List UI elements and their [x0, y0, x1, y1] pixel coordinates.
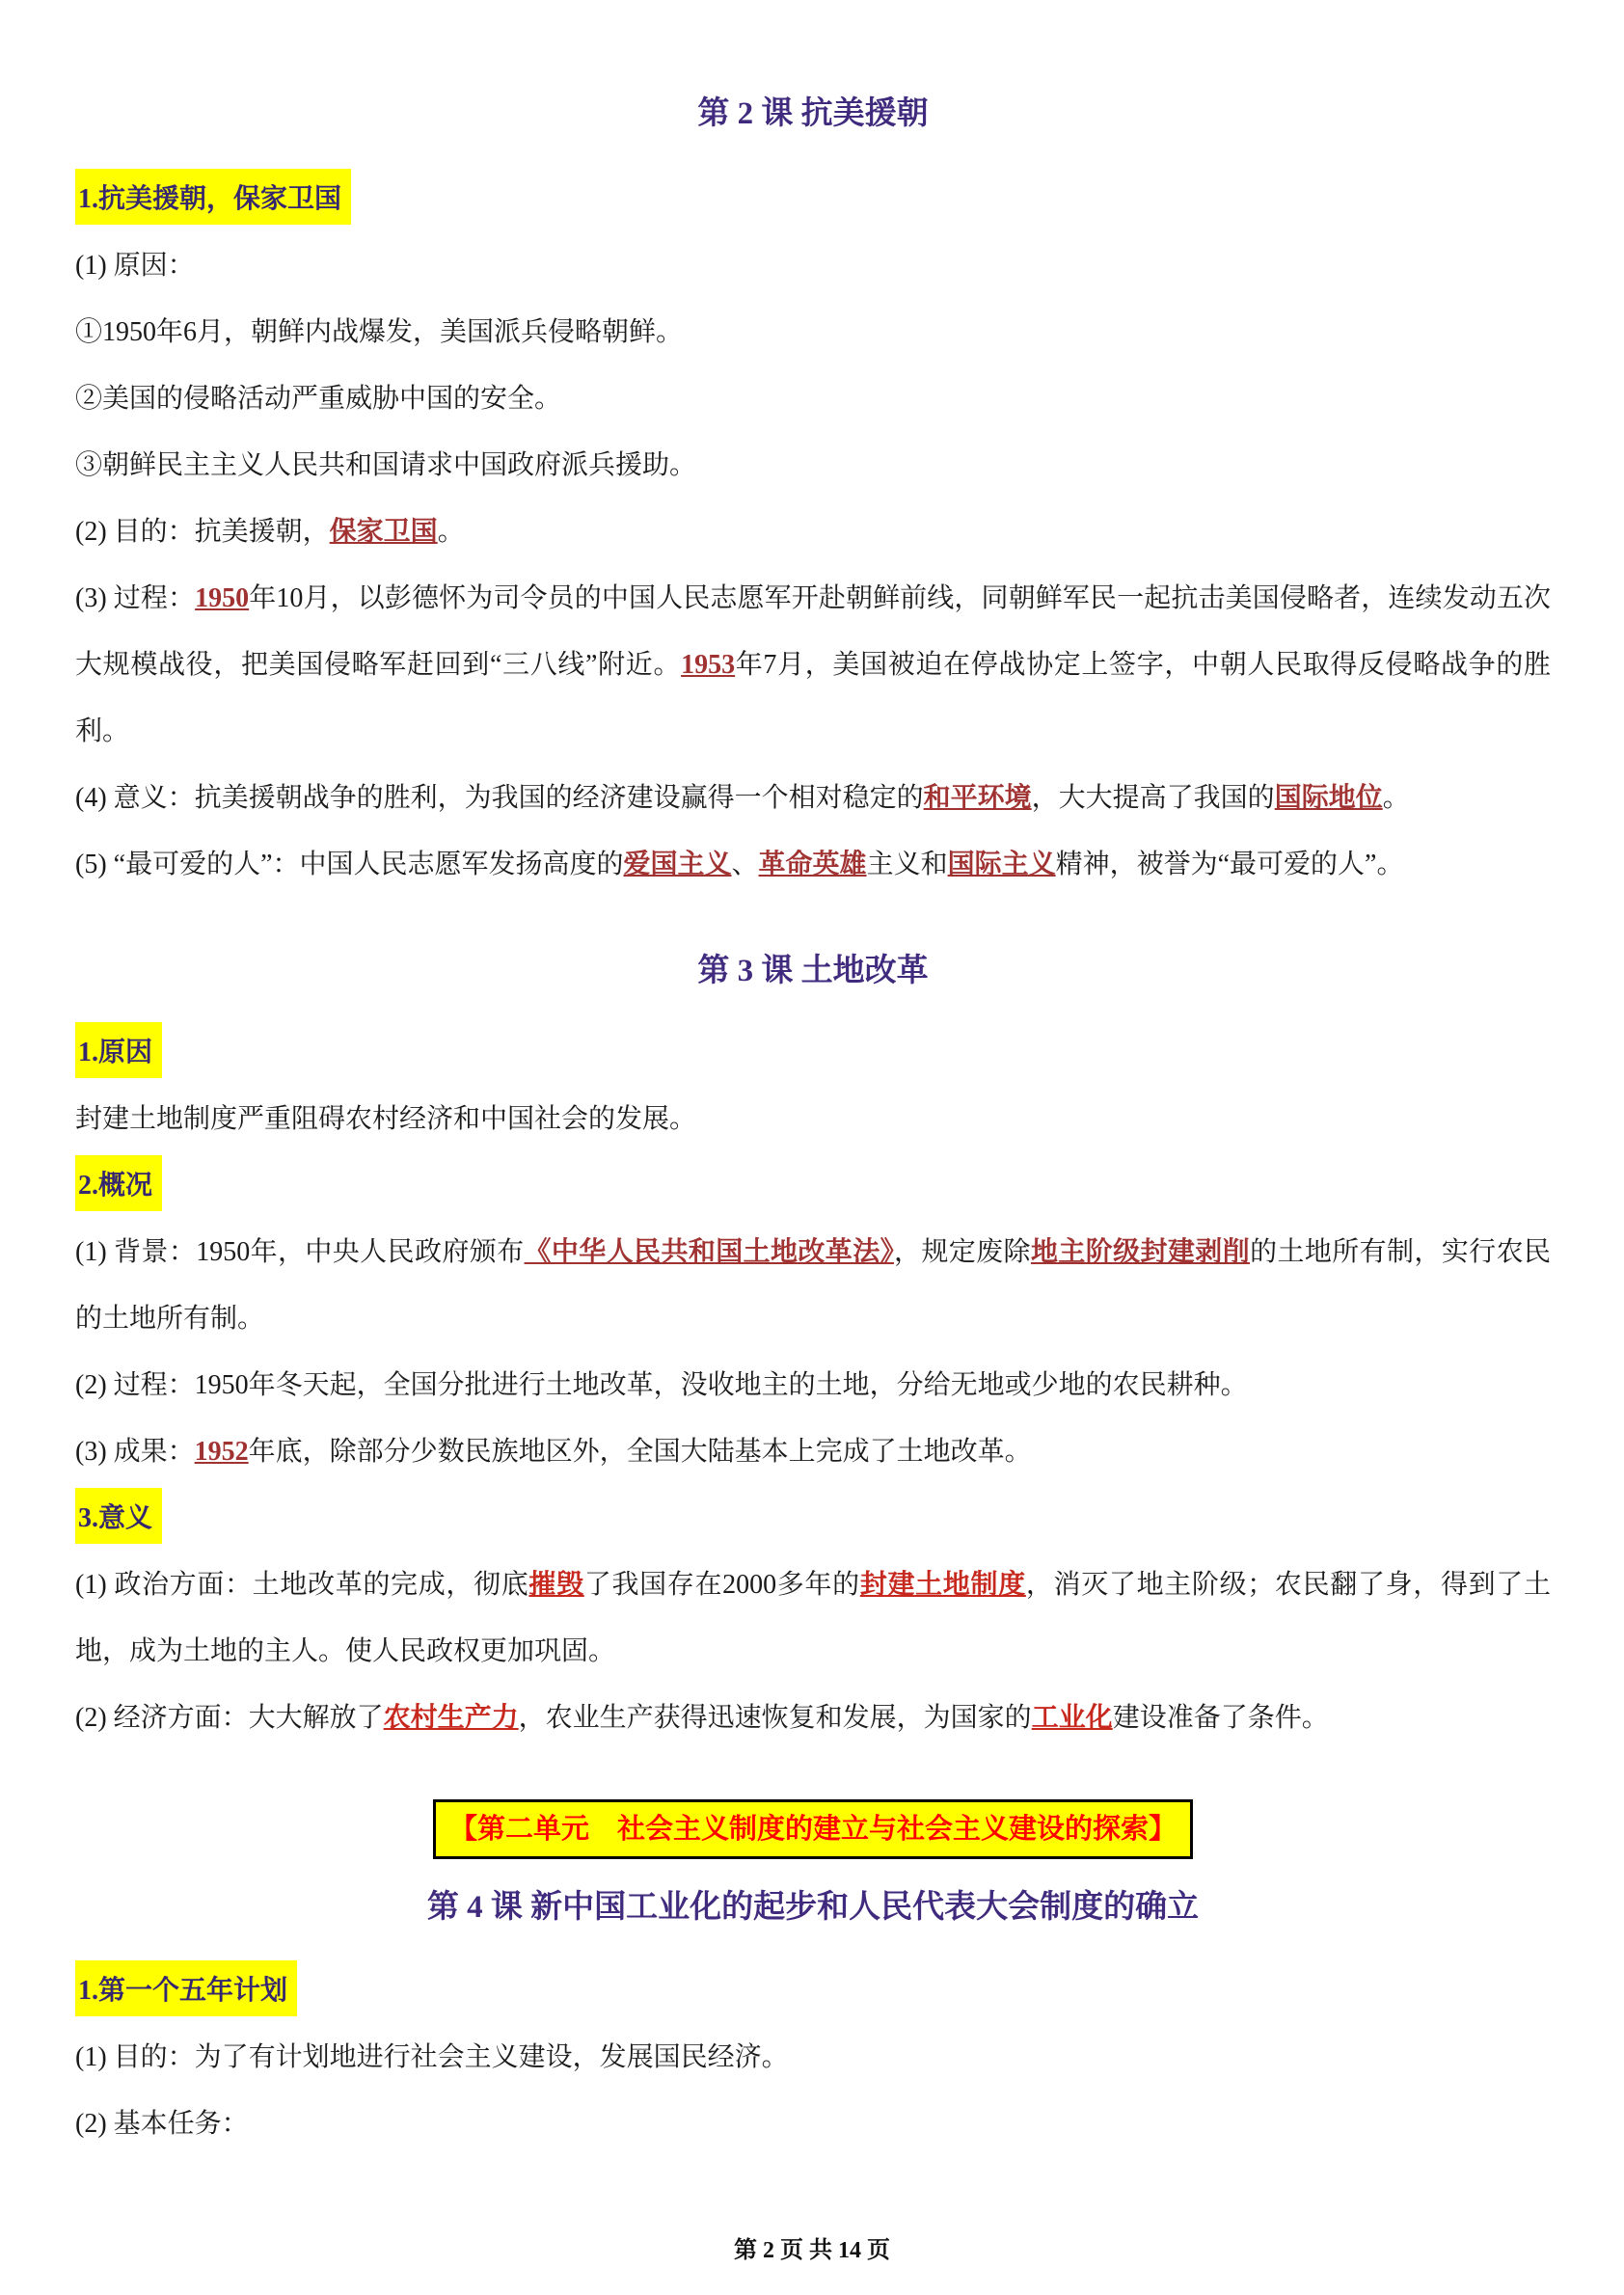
lesson4-heading1: 1.第一个五年计划 — [75, 1960, 297, 2016]
highlighted-term: 国际主义 — [948, 850, 1056, 879]
page-number-footer: 第 2 页 共 14 页 — [0, 2230, 1624, 2264]
highlighted-term: 工业化 — [1032, 1703, 1113, 1733]
highlighted-term: 保家卫国 — [330, 517, 438, 547]
lesson4-heading1-line: 1.第一个五年计划 — [75, 1957, 1551, 2024]
lesson2-reason-label: (1) 原因： — [75, 232, 1551, 299]
text-run: ，农业生产获得迅速恢复和发展，为国家的 — [519, 1703, 1032, 1733]
lesson3-economic-paragraph: (2) 经济方面：大大解放了农村生产力，农业生产获得迅速恢复和发展，为国家的工业… — [75, 1685, 1551, 1751]
highlighted-year: 1953 — [681, 650, 735, 680]
lesson3-political-paragraph: (1) 政治方面：土地改革的完成，彻底摧毁了我国存在2000多年的封建土地制度，… — [75, 1552, 1551, 1685]
text-run: (4) 意义：抗美援朝战争的胜利，为我国的经济建设赢得一个相对稳定的 — [75, 783, 924, 813]
highlighted-year: 1952 — [195, 1437, 249, 1467]
highlighted-term: 革命英雄 — [759, 850, 867, 879]
lesson3-heading1-line: 1.原因 — [75, 1019, 1551, 1086]
lesson2-meaning-paragraph: (4) 意义：抗美援朝战争的胜利，为我国的经济建设赢得一个相对稳定的和平环境，大… — [75, 765, 1551, 831]
text-run: (1) 背景：1950年，中央人民政府颁布 — [75, 1237, 525, 1267]
text-run: (5) “最可爱的人”：中国人民志愿军发扬高度的 — [75, 850, 624, 879]
lesson2-cause-1: ①1950年6月，朝鲜内战爆发，美国派兵侵略朝鲜。 — [75, 299, 1551, 365]
lesson3-heading3-line: 3.意义 — [75, 1485, 1551, 1552]
lesson3-heading2-line: 2.概况 — [75, 1152, 1551, 1219]
lesson2-hero-paragraph: (5) “最可爱的人”：中国人民志愿军发扬高度的爱国主义、革命英雄主义和国际主义… — [75, 831, 1551, 898]
lesson2-heading1: 1.抗美援朝，保家卫国 — [75, 169, 351, 225]
text-run: (2) 经济方面：大大解放了 — [75, 1703, 384, 1733]
highlighted-term: 国际地位 — [1275, 783, 1383, 813]
lesson3-result-paragraph: (3) 成果：1952年底，除部分少数民族地区外，全国大陆基本上完成了土地改革。 — [75, 1418, 1551, 1485]
lesson3-heading2: 2.概况 — [75, 1155, 162, 1211]
lesson2-cause-2: ②美国的侵略活动严重威胁中国的安全。 — [75, 365, 1551, 432]
lesson4-task-paragraph: (2) 基本任务： — [75, 2091, 1551, 2157]
highlighted-term: 地主阶级封建剥削 — [1031, 1237, 1250, 1267]
lesson3-heading3: 3.意义 — [75, 1488, 162, 1544]
text-run: (1) 政治方面：土地改革的完成，彻底 — [75, 1570, 528, 1600]
highlighted-term: 和平环境 — [924, 783, 1032, 813]
text-run: 了我国存在2000多年的 — [584, 1570, 860, 1600]
text-run: (2) 目的：抗美援朝， — [75, 517, 330, 547]
highlighted-term: 摧毁 — [528, 1570, 583, 1600]
highlighted-term: 爱国主义 — [624, 850, 732, 879]
lesson4-title: 第 4 课 新中国工业化的起步和人民代表大会制度的确立 — [75, 1886, 1551, 1929]
text-run: 建设准备了条件。 — [1113, 1703, 1329, 1733]
lesson3-process-paragraph: (2) 过程：1950年冬天起，全国分批进行土地改革，没收地主的土地，分给无地或… — [75, 1352, 1551, 1418]
text-run: 主义和 — [867, 850, 948, 879]
highlighted-year: 1950 — [195, 583, 249, 613]
highlighted-law-title: 《中华人民共和国土地改革法》 — [525, 1237, 894, 1267]
text-run: 精神，被誉为“最可爱的人”。 — [1056, 850, 1404, 879]
unit2-banner-wrap: 【第二单元 社会主义制度的建立与社会主义建设的探索】 — [75, 1799, 1551, 1859]
lesson2-purpose-paragraph: (2) 目的：抗美援朝，保家卫国。 — [75, 499, 1551, 565]
text-run: 。 — [438, 517, 465, 547]
lesson2-process-paragraph: (3) 过程：1950年10月，以彭德怀为司令员的中国人民志愿军开赴朝鲜前线，同… — [75, 565, 1551, 765]
document-page: 第 2 课 抗美援朝 1.抗美援朝，保家卫国 (1) 原因： ①1950年6月，… — [0, 0, 1624, 2295]
lesson4-purpose-paragraph: (1) 目的：为了有计划地进行社会主义建设，发展国民经济。 — [75, 2024, 1551, 2091]
text-run: 、 — [732, 850, 759, 879]
text-run: (3) 成果： — [75, 1437, 195, 1467]
highlighted-term: 农村生产力 — [384, 1703, 519, 1733]
lesson2-title: 第 2 课 抗美援朝 — [75, 94, 1551, 133]
highlighted-term: 封建土地制度 — [860, 1570, 1026, 1600]
lesson3-background-paragraph: (1) 背景：1950年，中央人民政府颁布《中华人民共和国土地改革法》，规定废除… — [75, 1219, 1551, 1352]
lesson2-cause-3: ③朝鲜民主主义人民共和国请求中国政府派兵援助。 — [75, 432, 1551, 499]
text-run: 年底，除部分少数民族地区外，全国大陆基本上完成了土地改革。 — [249, 1437, 1032, 1467]
text-run: (3) 过程： — [75, 583, 195, 613]
lesson3-title: 第 3 课 土地改革 — [75, 952, 1551, 990]
lesson2-heading1-line: 1.抗美援朝，保家卫国 — [75, 166, 1551, 232]
unit2-banner: 【第二单元 社会主义制度的建立与社会主义建设的探索】 — [433, 1799, 1193, 1859]
text-run: ，规定废除 — [894, 1237, 1031, 1267]
lesson3-heading1: 1.原因 — [75, 1022, 162, 1078]
text-run: 。 — [1383, 783, 1410, 813]
text-run: ，大大提高了我国的 — [1032, 783, 1275, 813]
lesson3-cause-paragraph: 封建土地制度严重阻碍农村经济和中国社会的发展。 — [75, 1086, 1551, 1152]
